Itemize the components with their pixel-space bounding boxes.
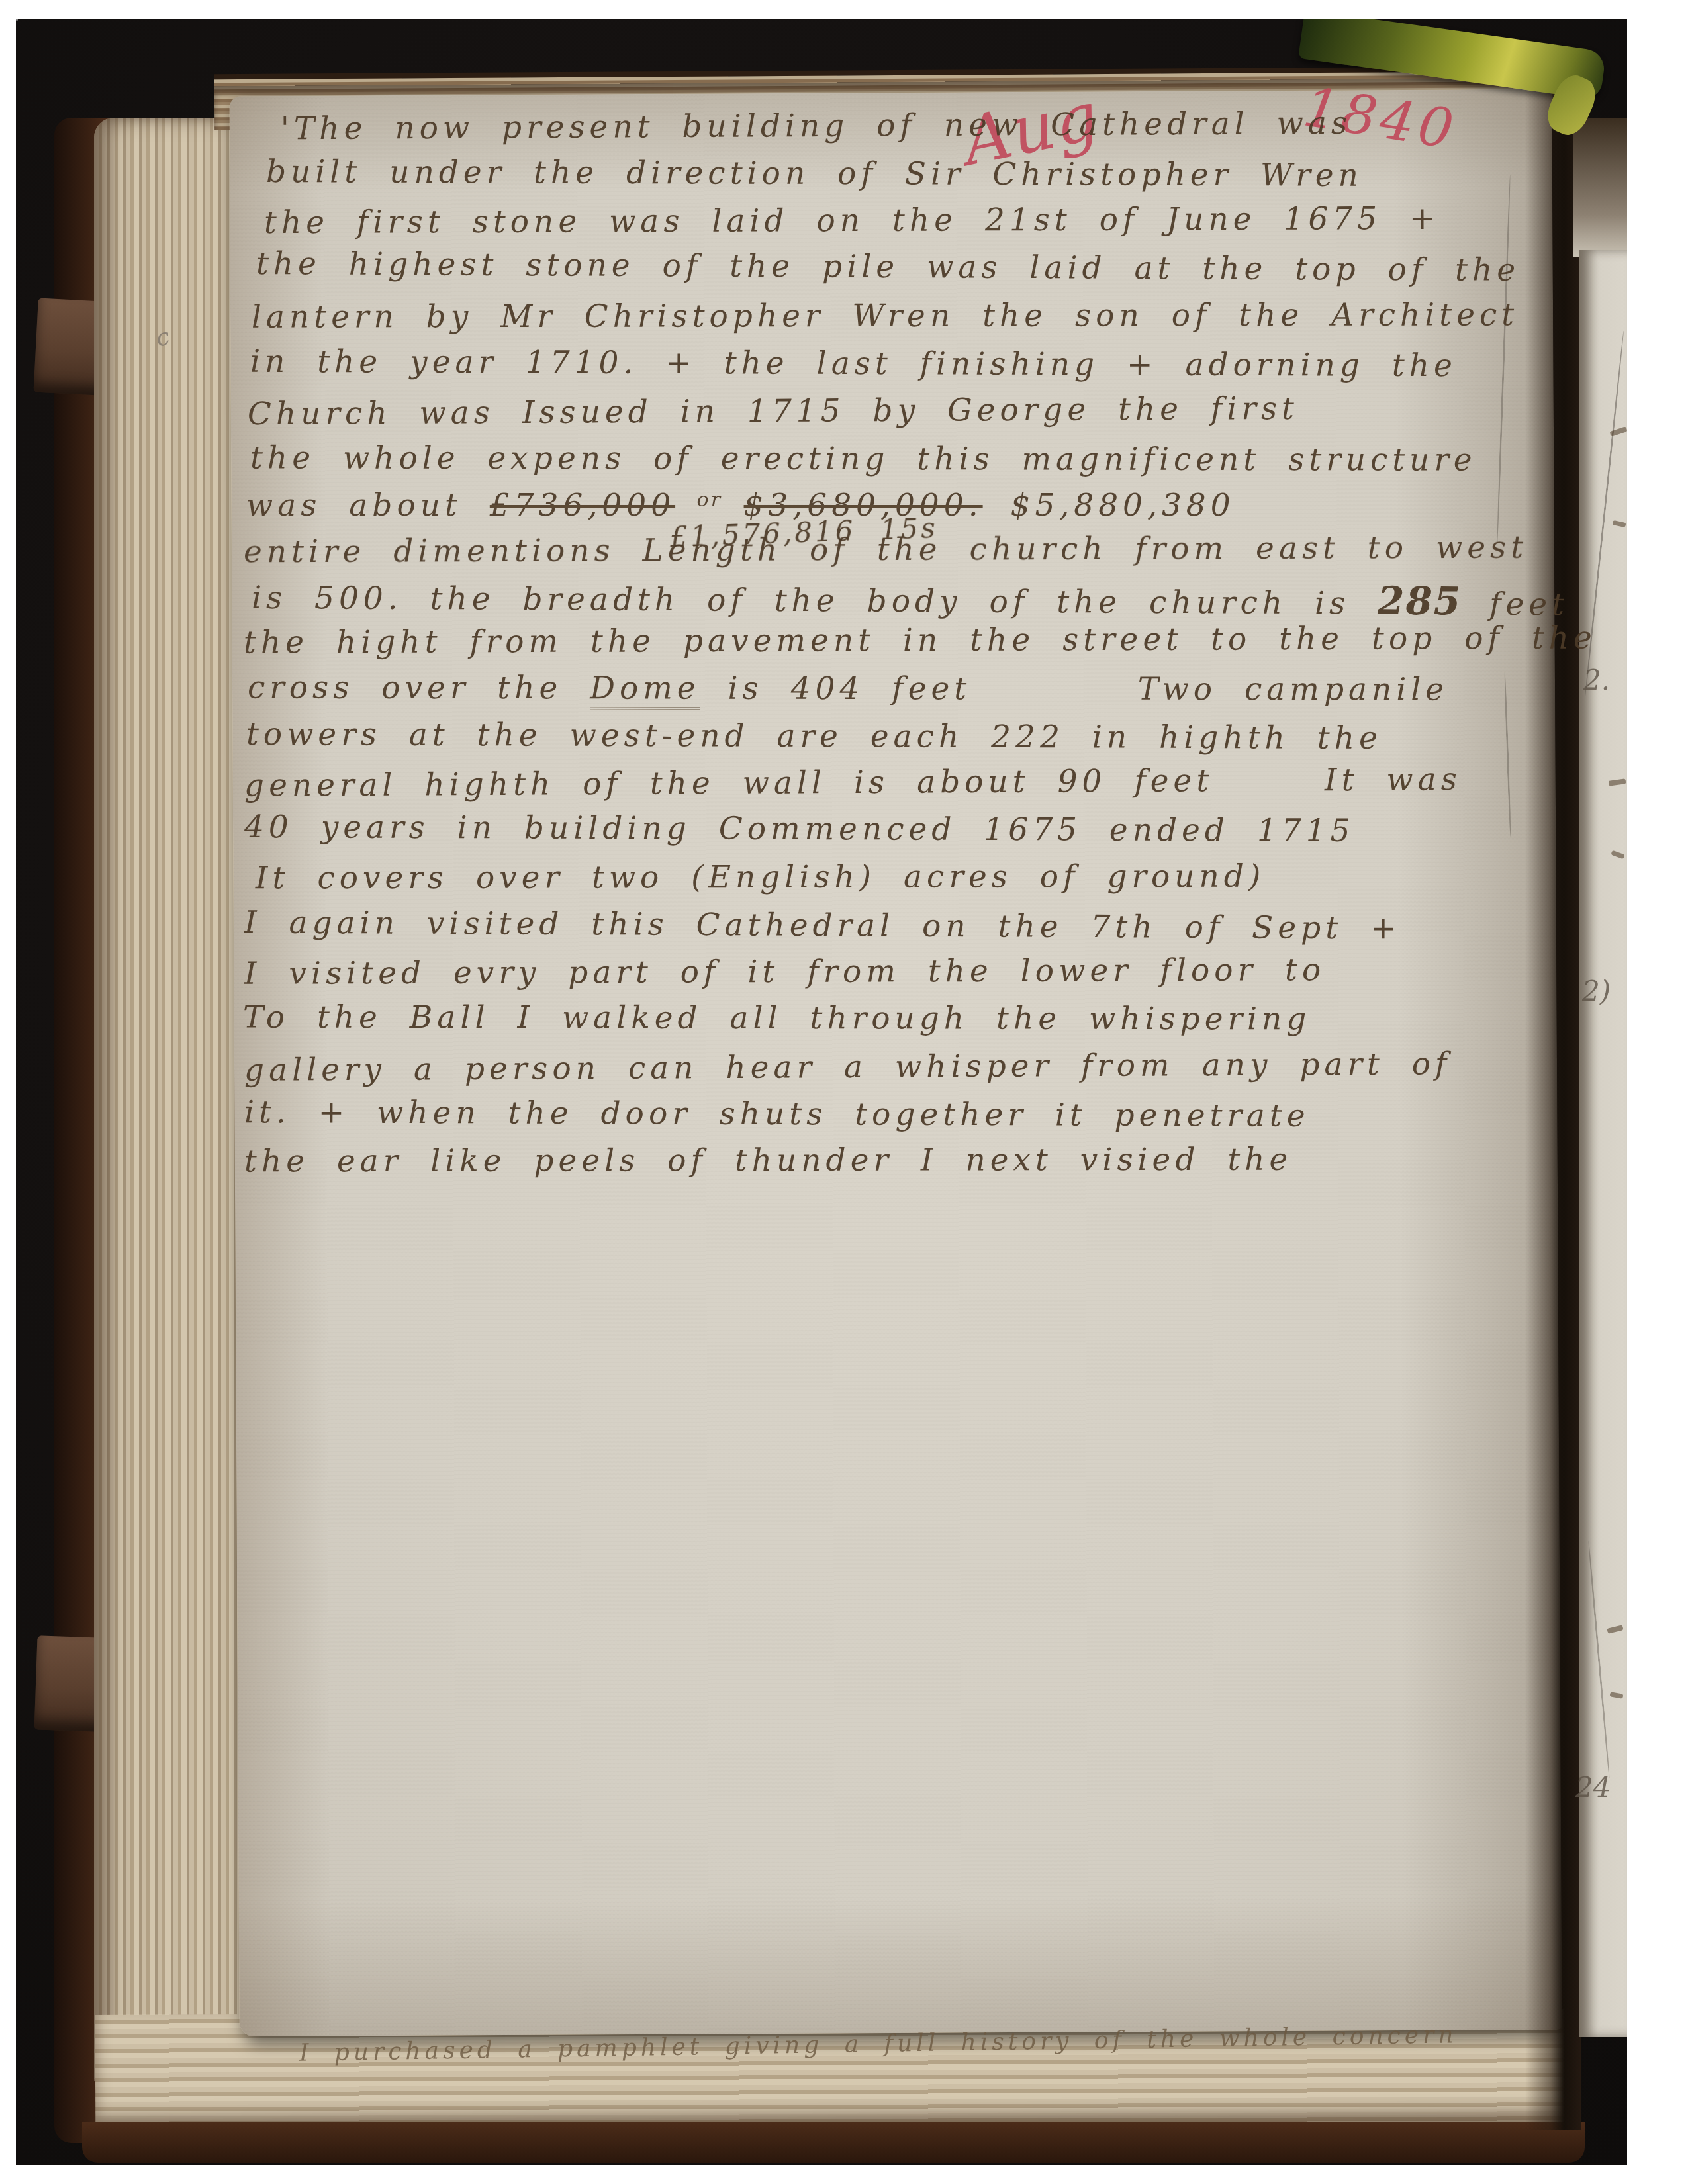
manuscript-line: To the Ball I walked all through the whi… [243, 999, 1311, 1038]
manuscript-word-group: or [675, 488, 743, 512]
manuscript-word-group: Dome [590, 670, 700, 709]
handwriting-layer: Aug 1840 'The now present building of ne… [16, 19, 1627, 2165]
manuscript-line: I again visited this Cathedral on the 7t… [244, 904, 1401, 946]
footer-note: I purchased a pamphlet giving a full his… [299, 2021, 1458, 2066]
manuscript-line: lantern by Mr Christopher Wren the son o… [252, 296, 1519, 335]
manuscript-word-group: is 404 feet Two campanile [700, 670, 1449, 708]
manuscript-word-group: feet [1462, 586, 1569, 623]
manuscript-word-group: 285 [1378, 578, 1462, 624]
manuscript-line: gallery a person can hear a whisper from… [244, 1046, 1452, 1089]
manuscript-word-group: was about [246, 487, 490, 523]
manuscript-line: is 500. the breadth of the body of the c… [252, 572, 1569, 624]
manuscript-line: towers at the west-end are each 222 in h… [246, 716, 1382, 756]
manuscript-line: it. + when the door shuts together it pe… [244, 1094, 1310, 1134]
manuscript-line: built under the direction of Sir Christo… [266, 154, 1363, 194]
manuscript-line: I visited evry part of it from the lower… [244, 952, 1325, 992]
manuscript-word-group: £736,000 [490, 487, 675, 523]
manuscript-line: 'The now present building of new Cathedr… [281, 105, 1352, 147]
manuscript-line: It covers over two (English) acres of gr… [256, 858, 1265, 897]
manuscript-line: entire dimentions Length of the church f… [244, 529, 1528, 570]
margin-page-number: 2) [1582, 975, 1611, 1007]
manuscript-line: 40 years in building Commenced 1675 ende… [244, 809, 1355, 849]
manuscript-line: the first stone was laid on the 21st of … [264, 201, 1440, 241]
margin-page-number: 2. [1583, 664, 1610, 696]
manuscript-word-group: cross over the [248, 669, 590, 706]
manuscript-line: Church was Issued in 1715 by George the … [248, 390, 1299, 432]
photo-backdrop: Aug 1840 'The now present building of ne… [16, 19, 1627, 2165]
manuscript-line: cross over the Dome is 404 feet Two camp… [248, 669, 1448, 707]
scanned-page: Aug 1840 'The now present building of ne… [0, 0, 1688, 2184]
manuscript-word-group: is 500. the breadth of the body of the c… [252, 580, 1378, 622]
manuscript-line: was about £736,000 or $3,680,000. $5,880… [246, 487, 1235, 523]
manuscript-line: the ear like peels of thunder I next vis… [244, 1142, 1292, 1180]
manuscript-line: in the year 1710. + the last finishing +… [250, 343, 1457, 384]
manuscript-word-group: $5,880,380 [983, 487, 1235, 523]
margin-page-number: 24 [1575, 1771, 1611, 1803]
manuscript-line: general highth of the wall is about 90 f… [244, 761, 1462, 804]
manuscript-line: the hight from the pavement in the stree… [244, 619, 1597, 660]
pencil-letter-mark: c [154, 323, 172, 352]
manuscript-line: the highest stone of the pile was laid a… [256, 246, 1520, 289]
manuscript-line: the whole expens of erecting this magnif… [250, 439, 1477, 478]
